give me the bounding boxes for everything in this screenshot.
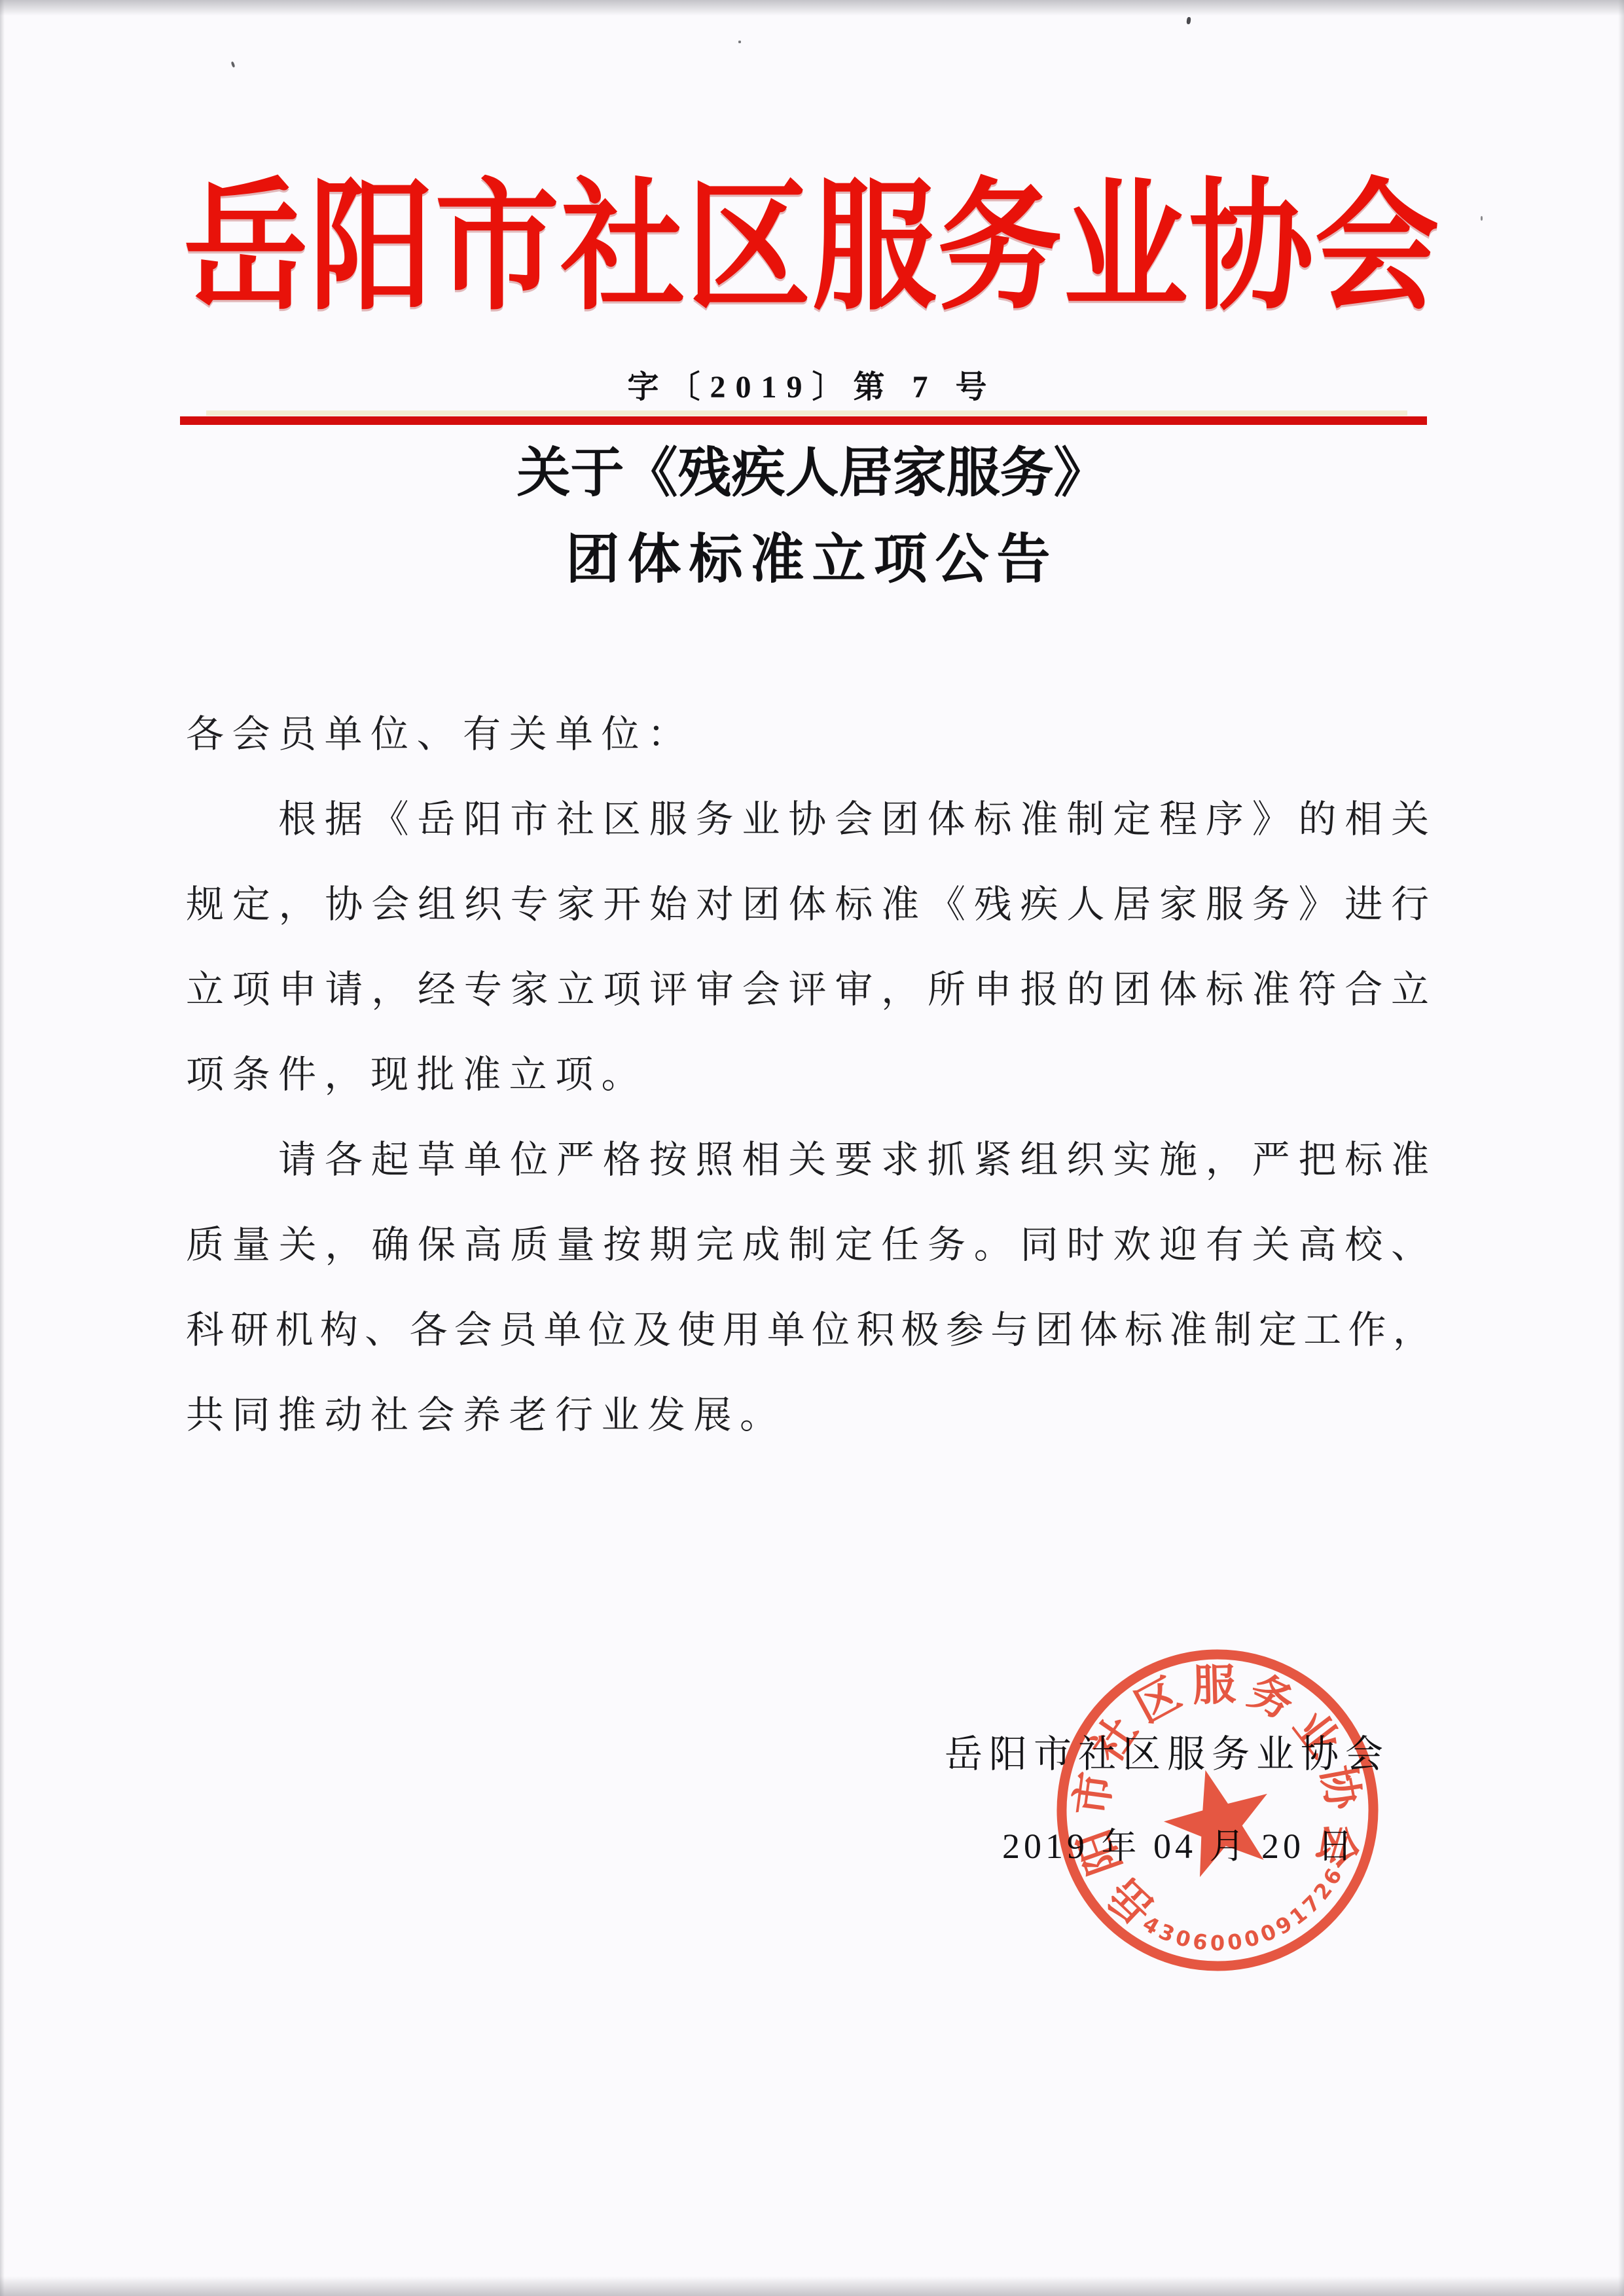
body-line: 项条件，现批准立项。 [186, 1032, 1437, 1118]
body-line: 各会员单位、有关单位： [186, 692, 1437, 777]
body-line: 立项申请，经专家立项评审会评审，所申报的团体标准符合立 [186, 947, 1437, 1032]
body-line: 共同推动社会养老行业发展。 [186, 1373, 1437, 1458]
body-line: 规定，协会组织专家开始对团体标准《残疾人居家服务》进行 [186, 862, 1437, 947]
notice-title-line1: 关于《残疾人居家服务》 [0, 446, 1624, 500]
document-body: 各会员单位、有关单位：根据《岳阳市社区服务业协会团体标准制定程序》的相关规定，协… [186, 692, 1437, 1458]
body-line: 科研机构、各会员单位及使用单位积极参与团体标准制定工作， [186, 1288, 1437, 1373]
letterhead-org-title: 岳阳市社区服务业协会 [0, 178, 1624, 320]
svg-text:市: 市 [1068, 1770, 1121, 1819]
svg-text:0: 0 [1210, 1931, 1225, 1956]
svg-text:会: 会 [1308, 1818, 1366, 1873]
header-divider-rule [180, 416, 1427, 425]
svg-text:协: 协 [1312, 1762, 1367, 1814]
body-line: 根据《岳阳市社区服务业协会团体标准制定程序》的相关 [186, 777, 1437, 862]
scan-edge-left [0, 0, 5, 2296]
official-seal: 岳阳市社区服务业协会 4306000091726 [1034, 1627, 1401, 1994]
svg-text:0: 0 [1226, 1929, 1244, 1956]
body-line: 质量关，确保高质量按期完成制定任务。同时欢迎有关高校、 [186, 1203, 1437, 1288]
scanned-document-page: 岳阳市社区服务业协会 字〔2019〕第 7 号 关于《残疾人居家服务》 团体标准… [0, 0, 1624, 2296]
scan-edge-right [1618, 0, 1624, 2296]
scan-speck [738, 41, 741, 43]
scan-edge-top [0, 0, 1624, 16]
svg-text:6: 6 [1191, 1929, 1209, 1956]
star-icon [1153, 1757, 1283, 1883]
notice-title-line2: 团体标准立项公告 [0, 533, 1624, 587]
document-number: 字〔2019〕第 7 号 [0, 371, 1624, 405]
scan-speck [231, 62, 236, 68]
scan-speck [1186, 17, 1191, 25]
scan-edge-bottom [0, 2276, 1624, 2296]
body-line: 请各起草单位严格按照相关要求抓紧组织实施，严把标准 [186, 1118, 1437, 1203]
svg-text:服: 服 [1192, 1662, 1236, 1711]
